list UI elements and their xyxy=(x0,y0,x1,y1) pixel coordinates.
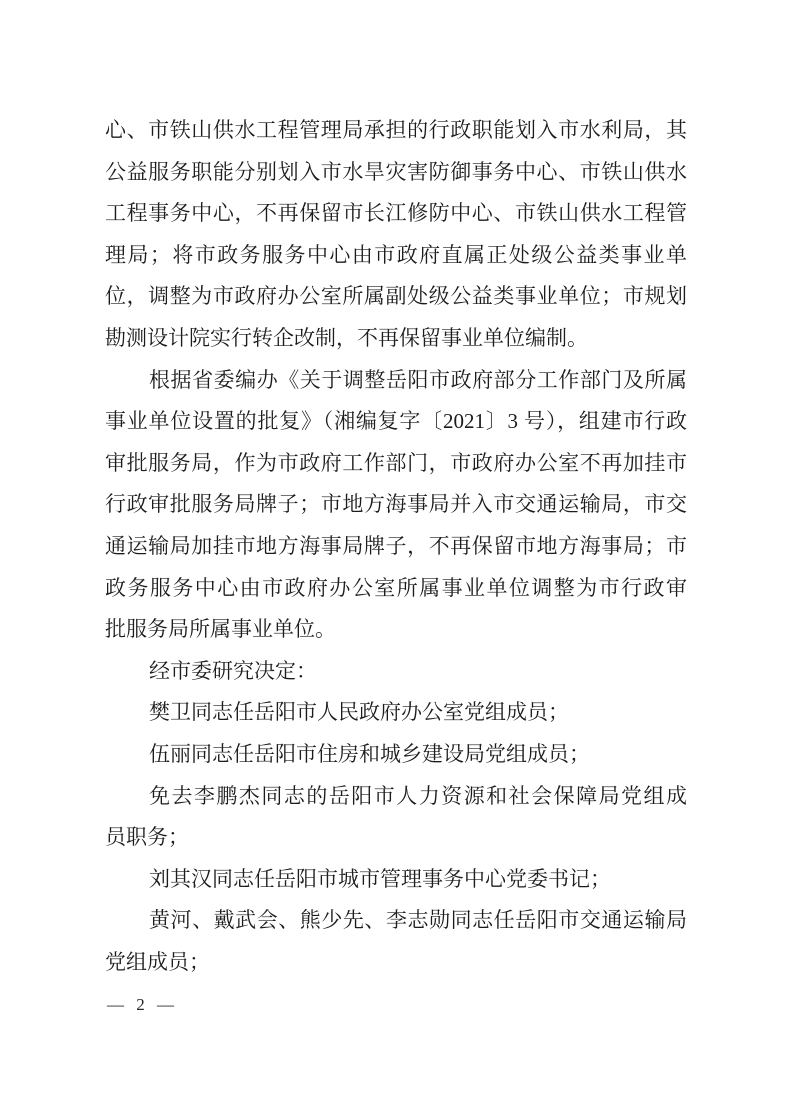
body-line: 政务服务中心由市政府办公室所属事业单位调整为市行政审 xyxy=(105,568,687,610)
body-line: 伍丽同志任岳阳市住房和城乡建设局党组成员； xyxy=(105,734,687,776)
body-line: 樊卫同志任岳阳市人民政府办公室党组成员； xyxy=(105,692,687,734)
body-line: 批服务局所属事业单位。 xyxy=(105,609,687,651)
page-number: — 2 — xyxy=(107,994,178,1016)
body-line: 通运输局加挂市地方海事局牌子，不再保留市地方海事局；市 xyxy=(105,526,687,568)
body-line: 心、市铁山供水工程管理局承担的行政职能划入市水利局，其 xyxy=(105,110,687,152)
body-line: 免去李鹏杰同志的岳阳市人力资源和社会保障局党组成 xyxy=(105,776,687,818)
body-line: 公益服务职能分别划入市水旱灾害防御事务中心、市铁山供水 xyxy=(105,152,687,194)
body-line: 勘测设计院实行转企改制，不再保留事业单位编制。 xyxy=(105,318,687,360)
document-page: 心、市铁山供水工程管理局承担的行政职能划入市水利局，其 公益服务职能分别划入市水… xyxy=(0,0,792,1102)
body-line: 黄河、戴武会、熊少先、李志勋同志任岳阳市交通运输局 xyxy=(105,900,687,942)
body-line: 事业单位设置的批复》（湘编复字〔2021〕3 号），组建市行政 xyxy=(105,401,687,443)
body-line: 党组成员； xyxy=(105,942,687,984)
body-line: 理局；将市政务服务中心由市政府直属正处级公益类事业单 xyxy=(105,235,687,277)
body-line: 根据省委编办《关于调整岳阳市政府部分工作部门及所属 xyxy=(105,360,687,402)
body-line: 工程事务中心，不再保留市长江修防中心、市铁山供水工程管 xyxy=(105,193,687,235)
body-line: 经市委研究决定： xyxy=(105,651,687,693)
body-line: 员职务； xyxy=(105,817,687,859)
body-line: 刘其汉同志任岳阳市城市管理事务中心党委书记； xyxy=(105,859,687,901)
body-line: 审批服务局，作为市政府工作部门，市政府办公室不再加挂市 xyxy=(105,443,687,485)
body-line: 行政审批服务局牌子；市地方海事局并入市交通运输局，市交 xyxy=(105,484,687,526)
document-body-text: 心、市铁山供水工程管理局承担的行政职能划入市水利局，其 公益服务职能分别划入市水… xyxy=(105,110,687,983)
body-line: 位，调整为市政府办公室所属副处级公益类事业单位；市规划 xyxy=(105,276,687,318)
